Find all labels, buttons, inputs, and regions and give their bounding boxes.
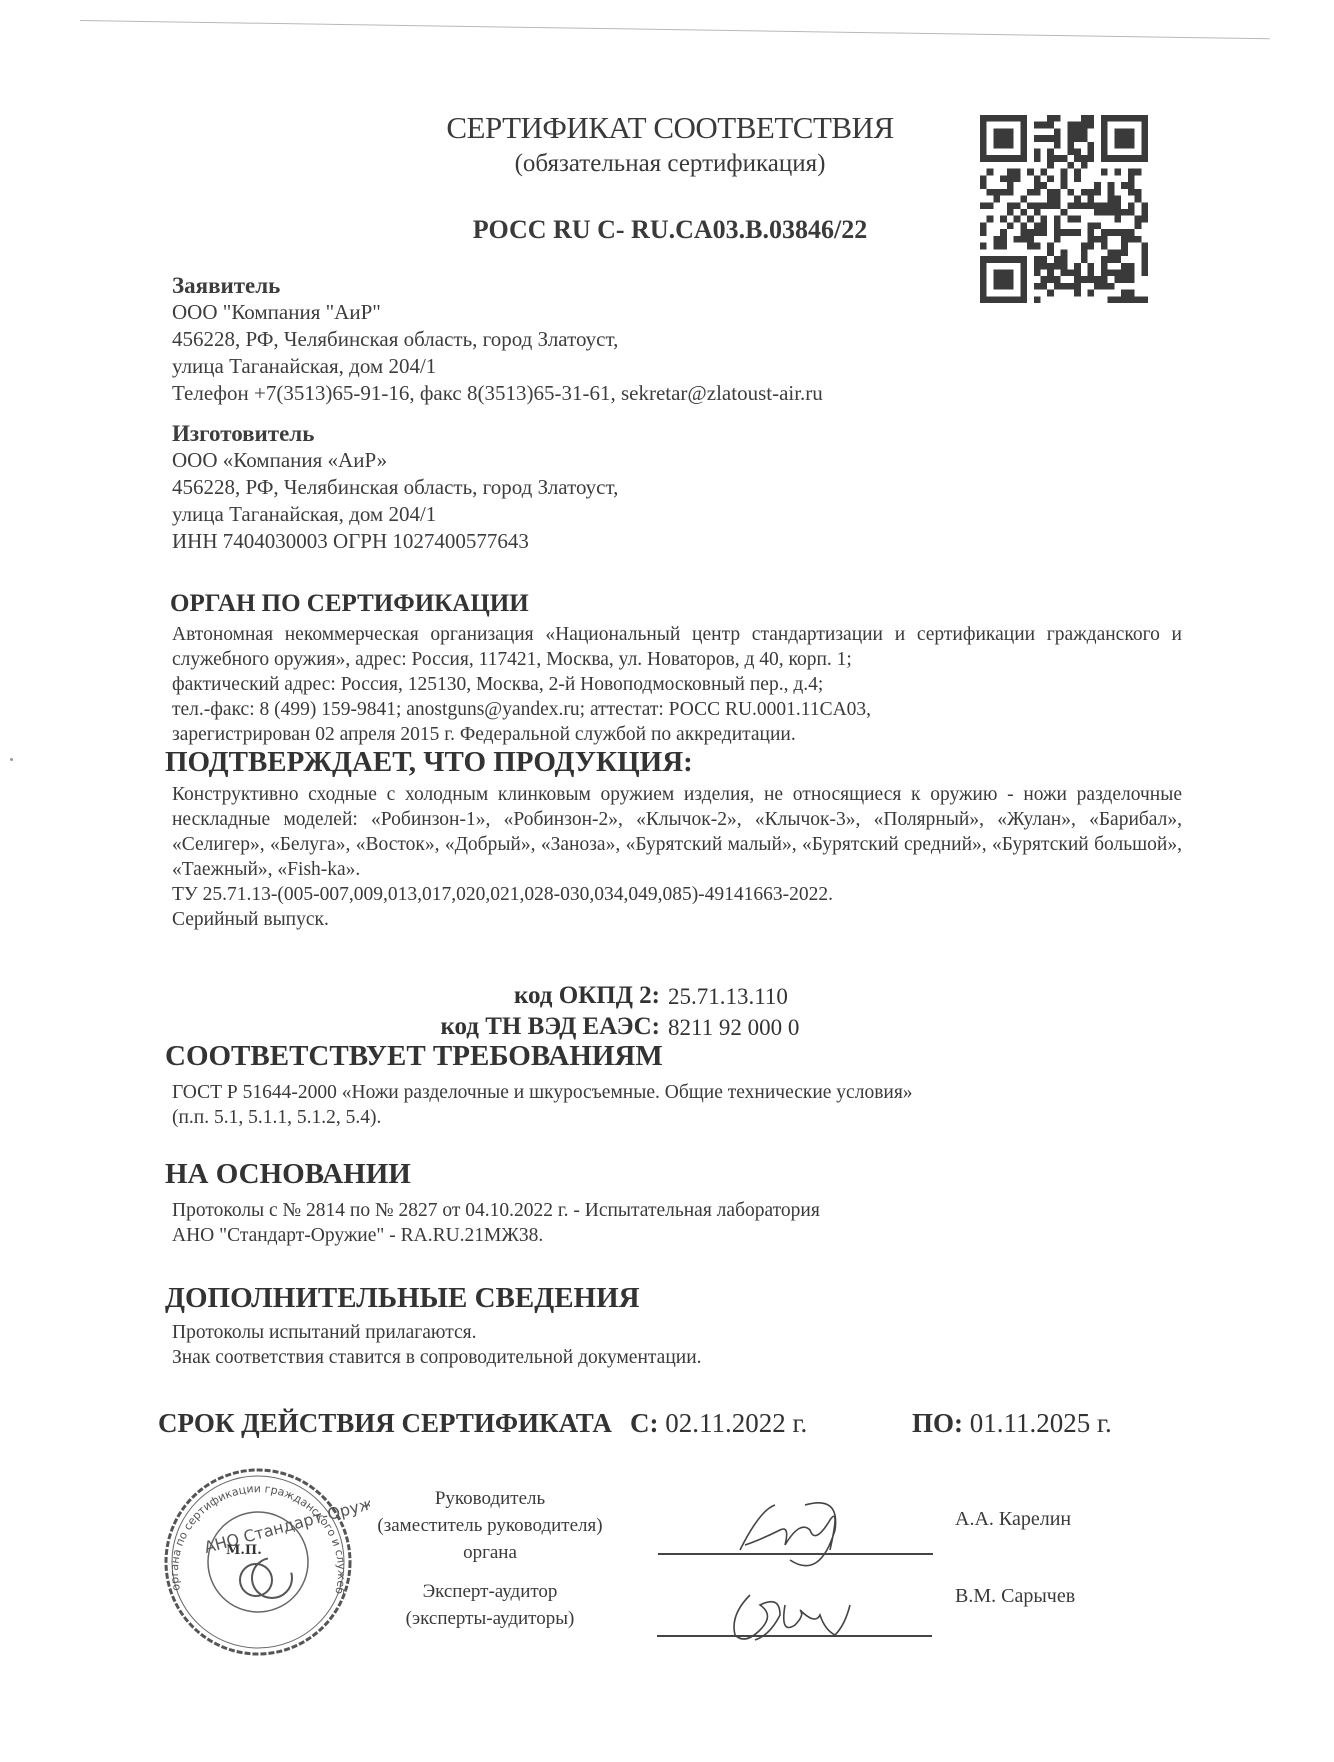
product-description: Конструктивно сходные с холодным клинков…	[172, 782, 1182, 882]
applicant-heading: Заявитель	[172, 272, 823, 299]
scan-speck	[10, 758, 13, 761]
document-subtitle: (обязательная сертификация)	[440, 150, 900, 178]
additional-heading: ДОПОЛНИТЕЛЬНЫЕ СВЕДЕНИЯ	[165, 1282, 640, 1315]
applicant-line: ООО "Компания "АиР"	[172, 299, 823, 326]
applicant-line: улица Таганайская, дом 204/1	[172, 353, 823, 380]
manufacturer-line: улица Таганайская, дом 204/1	[172, 501, 618, 528]
requirements-text: ГОСТ Р 51644-2000 «Ножи разделочные и шк…	[172, 1080, 1182, 1130]
certification-body-line: фактический адрес: Россия, 125130, Москв…	[172, 672, 1182, 697]
requirements-line: ГОСТ Р 51644-2000 «Ножи разделочные и шк…	[172, 1080, 1182, 1105]
document-title: СЕРТИФИКАТ СООТВЕТСТВИЯ	[440, 110, 900, 146]
expert-name: В.М. Сарычев	[955, 1585, 1075, 1608]
additional-line: Знак соответствия ставится в сопроводите…	[172, 1345, 1182, 1370]
basis-heading: НА ОСНОВАНИИ	[165, 1158, 411, 1191]
basis-text: Протоколы с № 2814 по № 2827 от 04.10.20…	[172, 1198, 1182, 1248]
okpd-value: 25.71.13.110	[668, 984, 788, 1010]
manufacturer-section: Изготовитель ООО «Компания «АиР» 456228,…	[172, 420, 618, 555]
requirements-heading: СООТВЕТСТВУЕТ ТРЕБОВАНИЯМ	[165, 1040, 663, 1073]
manufacturer-heading: Изготовитель	[172, 420, 618, 447]
tnved-value: 8211 92 000 0	[668, 1015, 799, 1041]
validity-to: ПО: 01.11.2025 г.	[912, 1408, 1112, 1439]
product-text: Конструктивно сходные с холодным клинков…	[172, 782, 1182, 932]
product-tu: ТУ 25.71.13-(005-007,009,013,017,020,021…	[172, 882, 1182, 907]
product-release: Серийный выпуск.	[172, 907, 1182, 932]
certification-body-line: зарегистрирован 02 апреля 2015 г. Федера…	[172, 722, 1182, 747]
validity-from: С: 02.11.2022 г.	[630, 1408, 807, 1439]
head-role: Руководитель (заместитель руководителя) …	[340, 1485, 640, 1566]
validity-label: СРОК ДЕЙСТВИЯ СЕРТИФИКАТА	[158, 1408, 612, 1438]
scan-edge-line	[80, 20, 1270, 39]
applicant-section: Заявитель ООО "Компания "АиР" 456228, РФ…	[172, 272, 823, 407]
manufacturer-line: ИНН 7404030003 ОГРН 1027400577643	[172, 528, 618, 555]
requirements-line: (п.п. 5.1, 5.1.1, 5.1.2, 5.4).	[172, 1105, 1182, 1130]
certification-body-text: Автономная некоммерческая организация «Н…	[172, 622, 1182, 747]
tnved-label: код ТН ВЭД ЕАЭС:	[300, 1013, 660, 1041]
qr-code-icon	[980, 114, 1148, 304]
additional-text: Протоколы испытаний прилагаются. Знак со…	[172, 1320, 1182, 1370]
certification-body-heading: ОРГАН ПО СЕРТИФИКАЦИИ	[170, 590, 529, 618]
applicant-line: 456228, РФ, Челябинская область, город З…	[172, 326, 823, 353]
basis-line: АНО "Стандарт-Оружие" - RA.RU.21МЖ38.	[172, 1223, 1182, 1248]
applicant-line: Телефон +7(3513)65-91-16, факс 8(3513)65…	[172, 380, 823, 407]
product-heading: ПОДТВЕРЖДАЕТ, ЧТО ПРОДУКЦИЯ:	[165, 746, 693, 779]
manufacturer-line: ООО «Компания «АиР»	[172, 447, 618, 474]
expert-signature-icon	[720, 1575, 870, 1665]
validity-row: СРОК ДЕЙСТВИЯ СЕРТИФИКАТА	[158, 1408, 612, 1439]
svg-text:М.П.: М.П.	[226, 1543, 262, 1558]
certification-body-paragraph: Автономная некоммерческая организация «Н…	[172, 622, 1182, 672]
certificate-number: РОСС RU C- RU.CA03.B.03846/22	[440, 215, 900, 245]
basis-line: Протоколы с № 2814 по № 2827 от 04.10.20…	[172, 1198, 1182, 1223]
okpd-label: код ОКПД 2:	[400, 982, 660, 1010]
expert-role: Эксперт-аудитор (эксперты-аудиторы)	[340, 1578, 640, 1632]
certification-body-line: тел.-факс: 8 (499) 159-9841; anostguns@y…	[172, 697, 1182, 722]
manufacturer-line: 456228, РФ, Челябинская область, город З…	[172, 474, 618, 501]
head-name: А.А. Карелин	[955, 1508, 1071, 1531]
seal-stamp-icon: органа по сертификации гражданского и сл…	[140, 1460, 370, 1660]
additional-line: Протоколы испытаний прилагаются.	[172, 1320, 1182, 1345]
